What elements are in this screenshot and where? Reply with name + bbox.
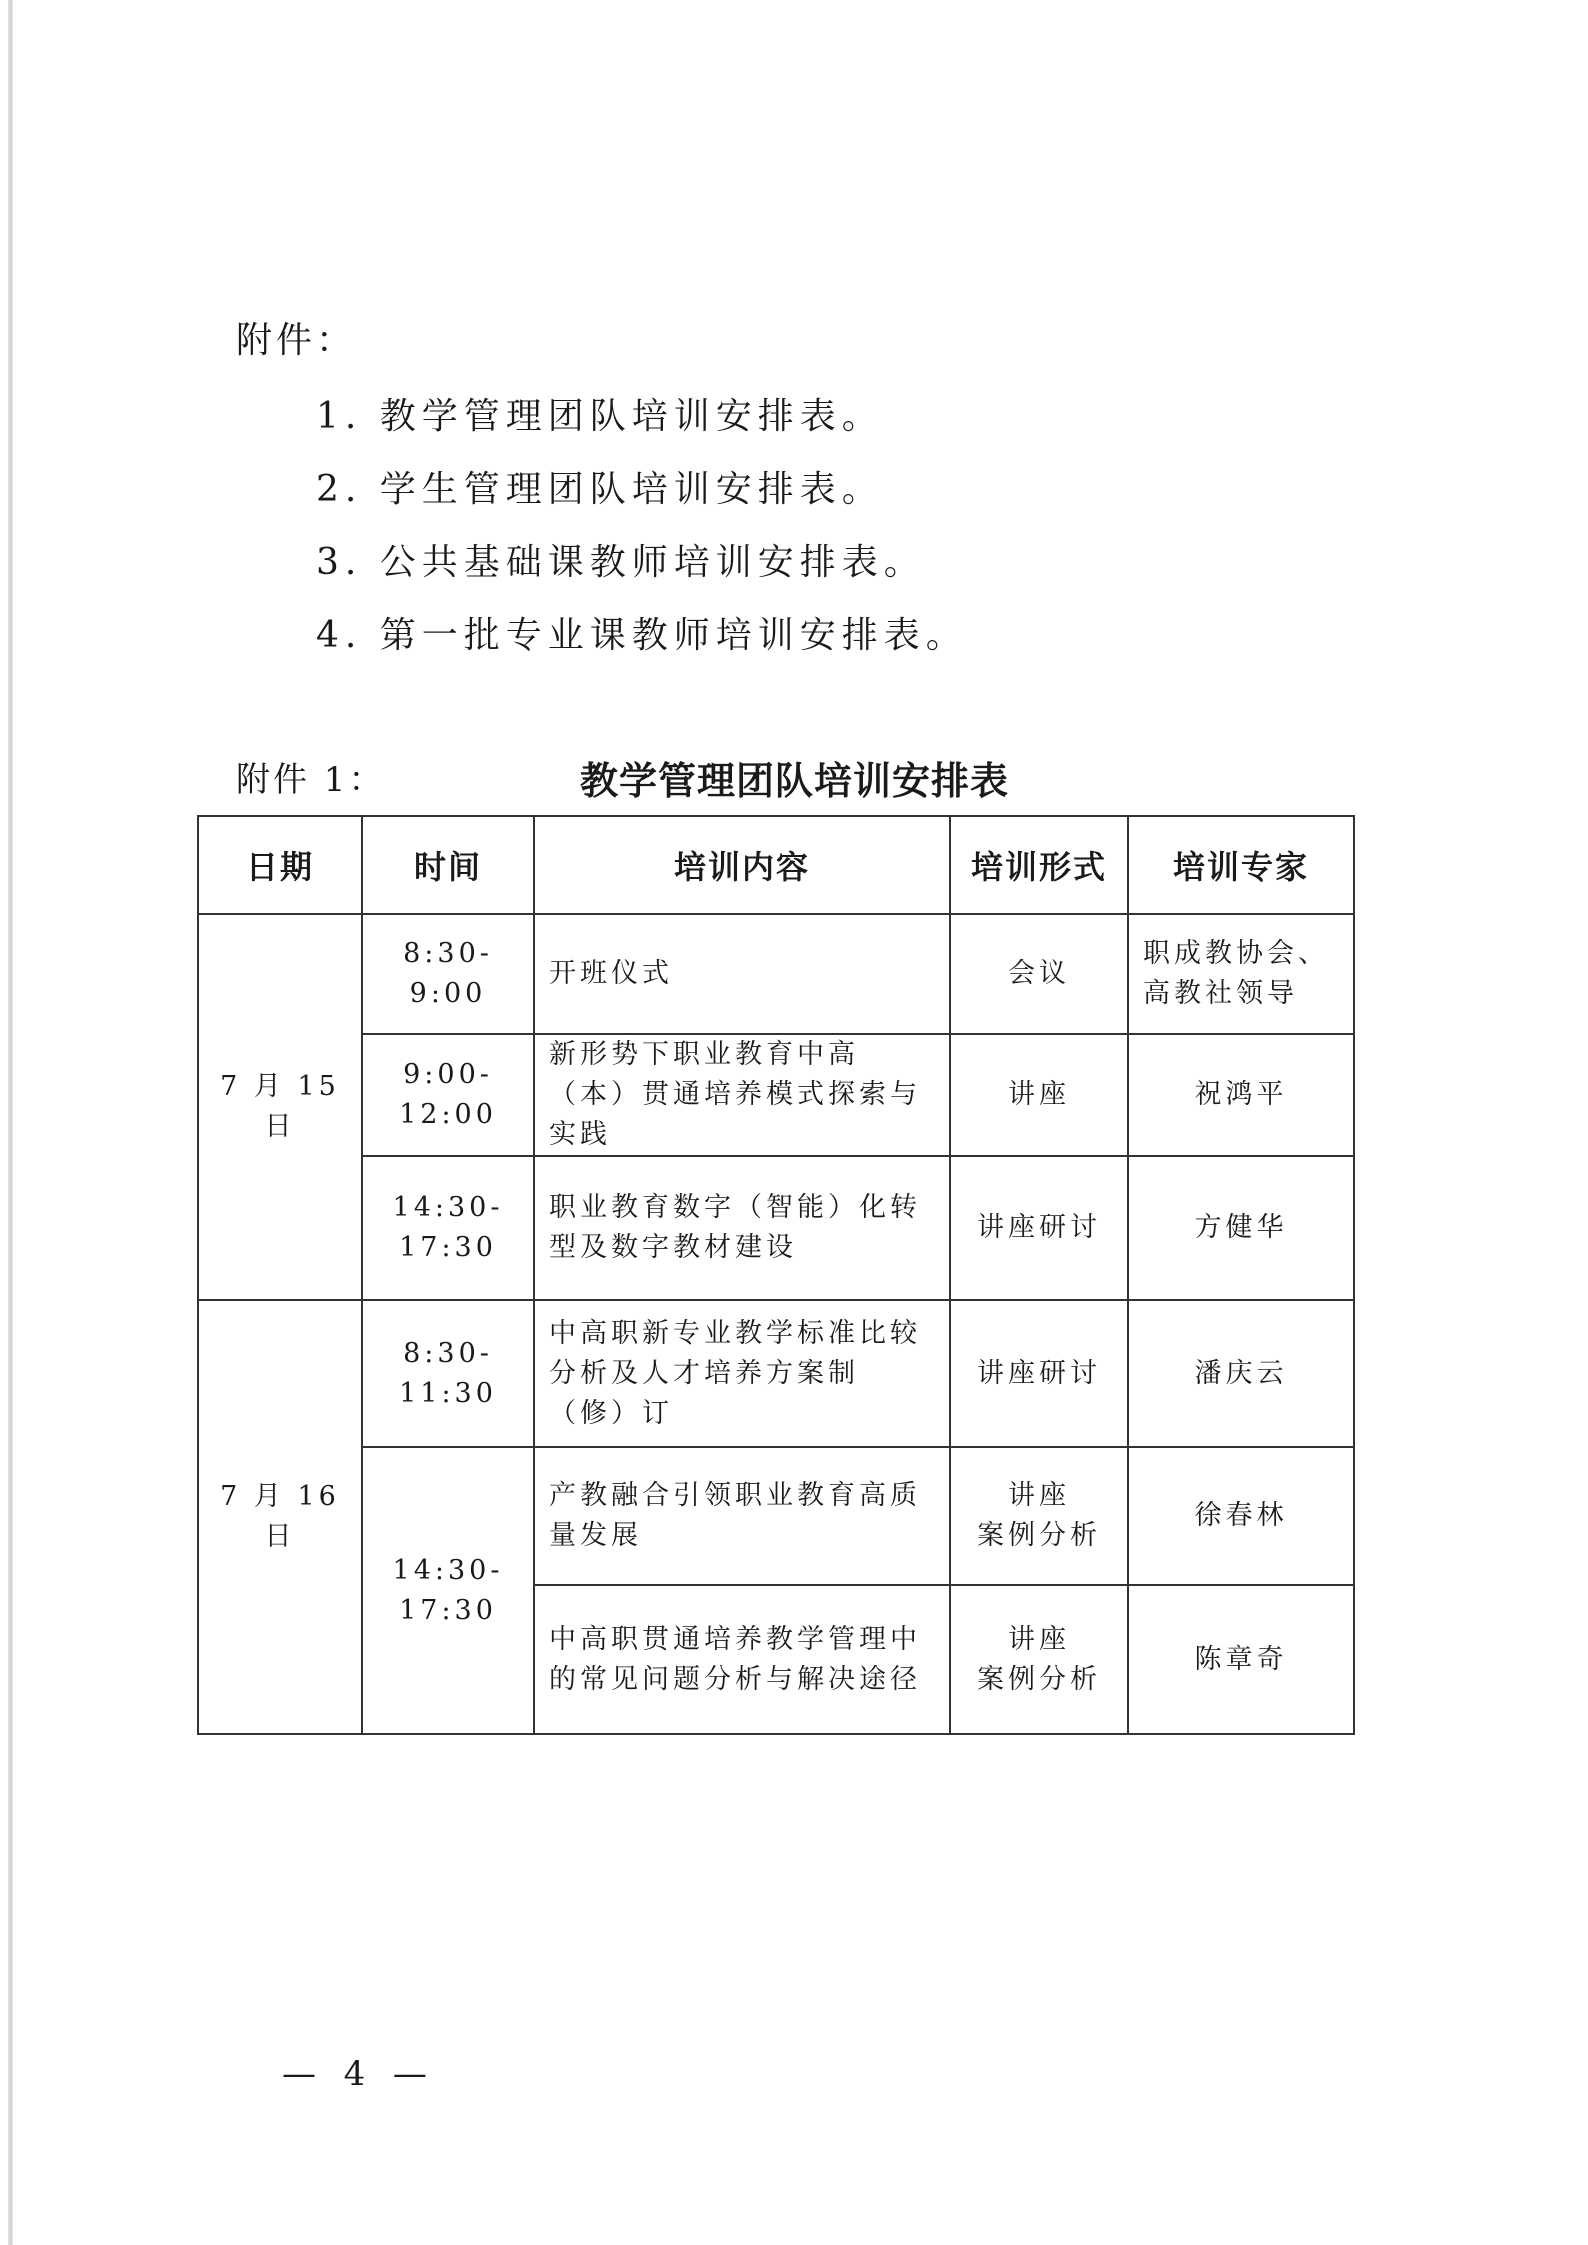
content-cell: 职业教育数字（智能）化转型及数字教材建设 — [534, 1156, 950, 1300]
attachment-item: 1. 教学管理团队培训安排表。 — [316, 380, 968, 453]
expert-line: 职成教协会、 — [1143, 934, 1339, 974]
content-cell: 新形势下职业教育中高（本）贯通培养模式探索与实践 — [534, 1034, 950, 1156]
attachments-list: 1. 教学管理团队培训安排表。 2. 学生管理团队培训安排表。 3. 公共基础课… — [316, 380, 968, 672]
form-line: 讲座 — [965, 1476, 1113, 1516]
expert-cell: 潘庆云 — [1128, 1300, 1354, 1447]
form-cell: 会议 — [950, 914, 1128, 1034]
date-cell: 7 月 15 日 — [198, 914, 362, 1300]
attachment-label: 附件 1： — [236, 752, 385, 801]
scan-edge-line — [8, 0, 13, 2245]
table-caption: 附件 1： 教学管理团队培训安排表 — [236, 752, 1356, 808]
page-number: — 4 — — [282, 2054, 429, 2094]
expert-line: 高教社领导 — [1143, 974, 1339, 1014]
content-cell: 开班仪式 — [534, 914, 950, 1034]
table-title: 教学管理团队培训安排表 — [580, 750, 1009, 805]
table-row: 14:30-17:30 职业教育数字（智能）化转型及数字教材建设 讲座研讨 方健… — [198, 1156, 1354, 1300]
form-line: 案例分析 — [965, 1516, 1113, 1556]
form-cell: 讲座 案例分析 — [950, 1447, 1128, 1585]
table-row: 14:30-17:30 产教融合引领职业教育高质量发展 讲座 案例分析 徐春林 — [198, 1447, 1354, 1585]
time-cell: 14:30-17:30 — [362, 1447, 534, 1734]
form-cell: 讲座研讨 — [950, 1156, 1128, 1300]
expert-cell: 职成教协会、 高教社领导 — [1128, 914, 1354, 1034]
table-row: 7 月 16 日 8:30-11:30 中高职新专业教学标准比较分析及人才培养方… — [198, 1300, 1354, 1447]
form-cell: 讲座 — [950, 1034, 1128, 1156]
time-cell: 9:00-12:00 — [362, 1034, 534, 1156]
header-time: 时间 — [362, 816, 534, 914]
training-schedule-table: 日期 时间 培训内容 培训形式 培训专家 7 月 15 日 8:30-9:00 … — [197, 815, 1355, 1735]
header-date: 日期 — [198, 816, 362, 914]
attachment-item: 4. 第一批专业课教师培训安排表。 — [316, 599, 968, 672]
content-cell: 产教融合引领职业教育高质量发展 — [534, 1447, 950, 1585]
attachment-item: 3. 公共基础课教师培训安排表。 — [316, 526, 968, 599]
content-cell: 中高职贯通培养教学管理中的常见问题分析与解决途径 — [534, 1585, 950, 1734]
time-cell: 8:30-9:00 — [362, 914, 534, 1034]
expert-cell: 方健华 — [1128, 1156, 1354, 1300]
date-cell: 7 月 16 日 — [198, 1300, 362, 1734]
table-row: 9:00-12:00 新形势下职业教育中高（本）贯通培养模式探索与实践 讲座 祝… — [198, 1034, 1354, 1156]
attachment-item: 2. 学生管理团队培训安排表。 — [316, 453, 968, 526]
content-cell: 中高职新专业教学标准比较分析及人才培养方案制（修）订 — [534, 1300, 950, 1447]
form-cell: 讲座 案例分析 — [950, 1585, 1128, 1734]
header-content: 培训内容 — [534, 816, 950, 914]
attachments-heading: 附件： — [236, 312, 356, 363]
expert-cell: 祝鸿平 — [1128, 1034, 1354, 1156]
form-line: 讲座 — [965, 1620, 1113, 1660]
table-row: 7 月 15 日 8:30-9:00 开班仪式 会议 职成教协会、 高教社领导 — [198, 914, 1354, 1034]
time-cell: 8:30-11:30 — [362, 1300, 534, 1447]
time-cell: 14:30-17:30 — [362, 1156, 534, 1300]
form-cell: 讲座研讨 — [950, 1300, 1128, 1447]
form-line: 案例分析 — [965, 1660, 1113, 1700]
header-form: 培训形式 — [950, 816, 1128, 914]
expert-cell: 陈章奇 — [1128, 1585, 1354, 1734]
table-header-row: 日期 时间 培训内容 培训形式 培训专家 — [198, 816, 1354, 914]
expert-cell: 徐春林 — [1128, 1447, 1354, 1585]
header-expert: 培训专家 — [1128, 816, 1354, 914]
